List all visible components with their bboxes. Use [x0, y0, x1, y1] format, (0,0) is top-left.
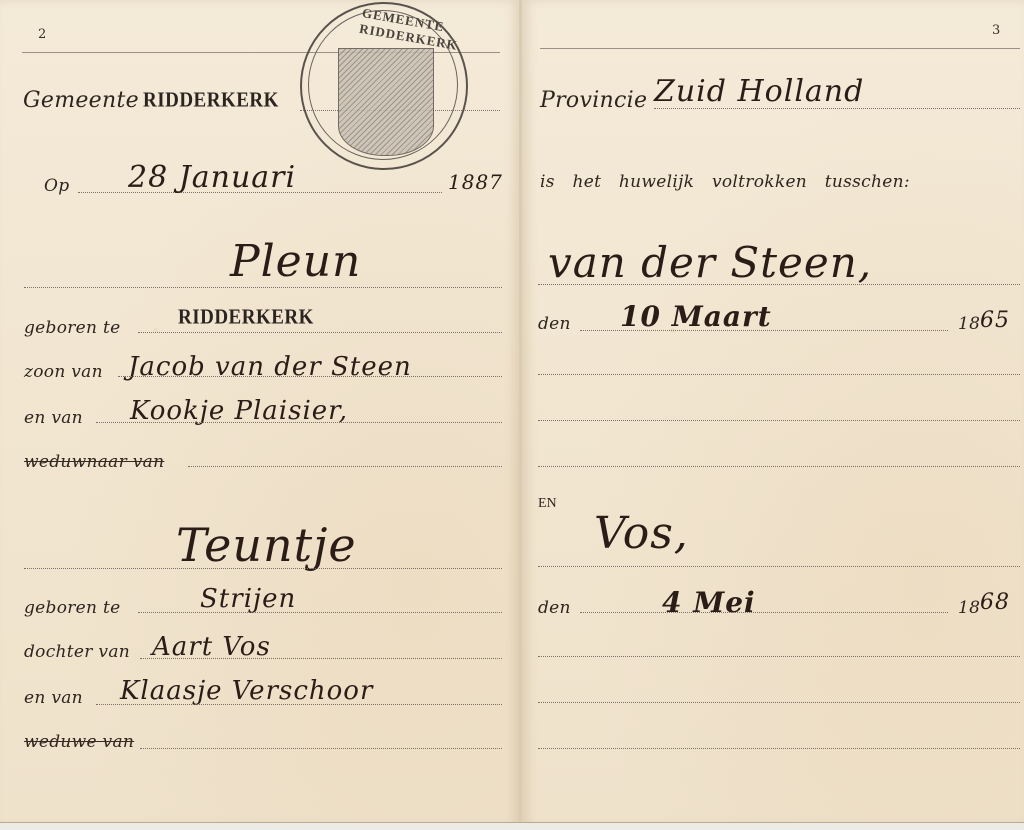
groom-birth-date: 10 Maart: [620, 300, 772, 333]
page-bottom-edge: [0, 822, 1024, 830]
bride-name-line: [24, 568, 502, 569]
blank-line-6: [538, 748, 1020, 749]
provincie-label: Provincie: [540, 88, 647, 113]
blank-line-2: [538, 420, 1020, 421]
groom-father-label: zoon van: [24, 362, 103, 382]
municipal-seal-icon: GEMEENTE RIDDERKERK: [300, 2, 468, 170]
marriage-year: 1887: [448, 170, 503, 194]
bride-den-label: den: [538, 598, 571, 618]
page-number-left: 2: [38, 27, 46, 42]
groom-surname: van der Steen,: [548, 238, 872, 287]
bride-birthplace-line: [138, 612, 502, 613]
intro-text: is het huwelijk voltrokken tusschen:: [540, 172, 910, 192]
page-number-right: 3: [992, 23, 1000, 38]
bride-father-label: dochter van: [24, 642, 130, 662]
en-label: EN: [538, 496, 557, 512]
bride-mother: Klaasje Verschoor: [120, 676, 373, 706]
widow-line: [140, 748, 502, 749]
coat-of-arms-icon: [338, 48, 434, 156]
bride-surname-line: [538, 566, 1020, 567]
bride-mother-line: [96, 704, 502, 705]
header-rule: [540, 48, 1020, 49]
bride-birth-date: 4 Mei: [662, 586, 756, 619]
bride-year-prefix: 18: [958, 598, 980, 618]
widow-label: weduwe van: [24, 732, 134, 752]
groom-birthplace-label: geboren te: [24, 318, 121, 338]
bride-father-line: [140, 658, 502, 659]
left-page: 2 Gemeente RIDDERKERK GEMEENTE RIDDERKER…: [0, 0, 520, 826]
gemeente-stamp: RIDDERKERK: [143, 89, 279, 113]
blank-line-4: [538, 656, 1020, 657]
blank-line-5: [538, 702, 1020, 703]
groom-first-name: Pleun: [230, 236, 361, 287]
bride-mother-label: en van: [24, 688, 83, 708]
groom-year-suffix: 65: [980, 308, 1010, 333]
bride-first-name: Teuntje: [176, 518, 357, 572]
widower-line: [188, 466, 502, 467]
groom-birthplace-line: [138, 332, 502, 333]
blank-line-3: [538, 466, 1020, 467]
bride-birthplace: Strijen: [200, 584, 296, 614]
groom-den-label: den: [538, 314, 571, 334]
right-page: 3 Provincie Zuid Holland is het huwelijk…: [522, 0, 1024, 826]
widower-label: weduwnaar van: [24, 452, 164, 472]
bride-birth-line: [580, 612, 948, 613]
provincie-value: Zuid Holland: [654, 74, 864, 109]
groom-year-prefix: 18: [958, 314, 980, 334]
groom-birthplace: RIDDERKERK: [178, 306, 314, 330]
document-spread: 2 Gemeente RIDDERKERK GEMEENTE RIDDERKER…: [0, 0, 1024, 826]
gemeente-label: Gemeente: [23, 88, 139, 113]
op-label: Op: [44, 176, 69, 196]
bride-year-suffix: 68: [980, 590, 1010, 615]
marriage-date: 28 Januari: [128, 160, 296, 195]
bride-surname: Vos,: [594, 508, 689, 559]
groom-mother-label: en van: [24, 408, 83, 428]
groom-name-line: [24, 287, 502, 288]
groom-birth-line: [580, 330, 948, 331]
provincie-line: [654, 108, 1020, 109]
groom-father-line: [118, 376, 502, 377]
groom-surname-line: [538, 284, 1020, 285]
bride-birthplace-label: geboren te: [24, 598, 121, 618]
blank-line-1: [538, 374, 1020, 375]
groom-father: Jacob van der Steen: [128, 352, 412, 382]
groom-mother-line: [96, 422, 502, 423]
